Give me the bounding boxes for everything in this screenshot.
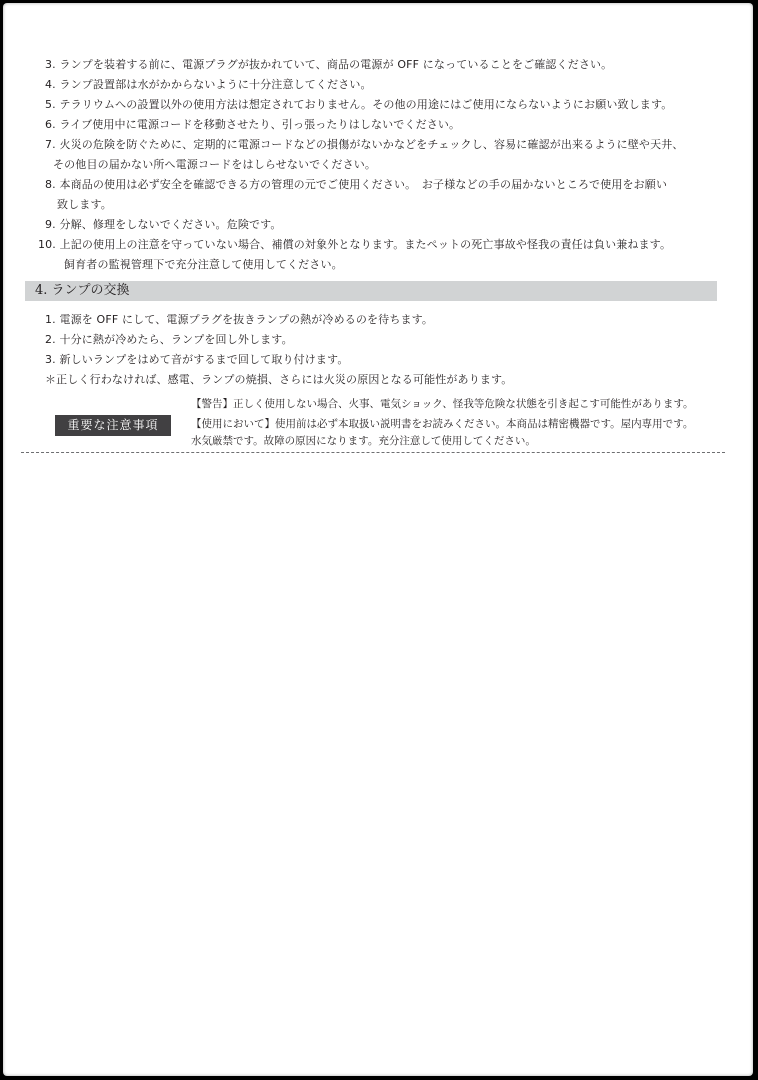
precaution-item-4: 4. ランプ設置部は水がかからないように十分注意してください。 [45, 78, 372, 92]
replacement-step-3: 3. 新しいランプをはめて音がするまで回して取り付けます。 [45, 353, 348, 367]
precaution-item-6: 6. ライブ使用中に電源コードを移動させたり、引っ張ったりはしないでください。 [45, 118, 460, 132]
section-title: 4. ランプの交換 [35, 283, 130, 299]
precaution-item-8: 8. 本商品の使用は必ず安全を確認できる方の管理の元でご使用ください。 お子様な… [45, 178, 667, 192]
important-notice-badge: 重要な注意事項 [55, 415, 171, 436]
precaution-item-10: 10. 上記の使用上の注意を守っていない場合、補償の対象外となります。またペット… [38, 238, 671, 252]
replacement-step-1: 1. 電源を OFF にして、電源プラグを抜きランプの熱が冷めるのを待ちます。 [45, 313, 433, 327]
precaution-item-5: 5. テラリウムへの設置以外の使用方法は想定されておりません。その他の用途にはご… [45, 98, 672, 112]
dashed-divider [21, 452, 725, 453]
notice-warning-line: 【警告】正しく使用しない場合、火事、電気ショック、怪我等危険な状態を引き起こす可… [191, 397, 694, 411]
section-header-lamp-replacement: 4. ランプの交換 [25, 281, 717, 301]
precaution-item-10-cont: 飼育者の監視管理下で充分注意して使用してください。 [64, 258, 343, 272]
replacement-step-2: 2. 十分に熱が冷めたら、ランプを回し外します。 [45, 333, 293, 347]
replacement-note: ＊正しく行わなければ、感電、ランプの焼損、さらには火災の原因となる可能性がありま… [45, 373, 512, 387]
precaution-item-7-cont: その他目の届かない所へ電源コードをはしらせないでください。 [53, 158, 376, 172]
precaution-item-3: 3. ランプを装着する前に、電源プラグが抜かれていて、商品の電源が OFF にな… [45, 58, 612, 72]
precaution-item-7: 7. 火災の危険を防ぐために、定期的に電源コードなどの損傷がないかなどをチェック… [45, 138, 684, 152]
notice-usage-line: 【使用において】使用前は必ず本取扱い説明書をお読みください。本商品は精密機器です… [191, 417, 693, 431]
document-page: 3. ランプを装着する前に、電源プラグが抜かれていて、商品の電源が OFF にな… [3, 3, 753, 1076]
notice-water-line: 水気厳禁です。故障の原因になります。充分注意して使用してください。 [191, 434, 536, 448]
precaution-item-8-cont: 致します。 [57, 198, 112, 212]
precaution-item-9: 9. 分解、修理をしないでください。危険です。 [45, 218, 282, 232]
